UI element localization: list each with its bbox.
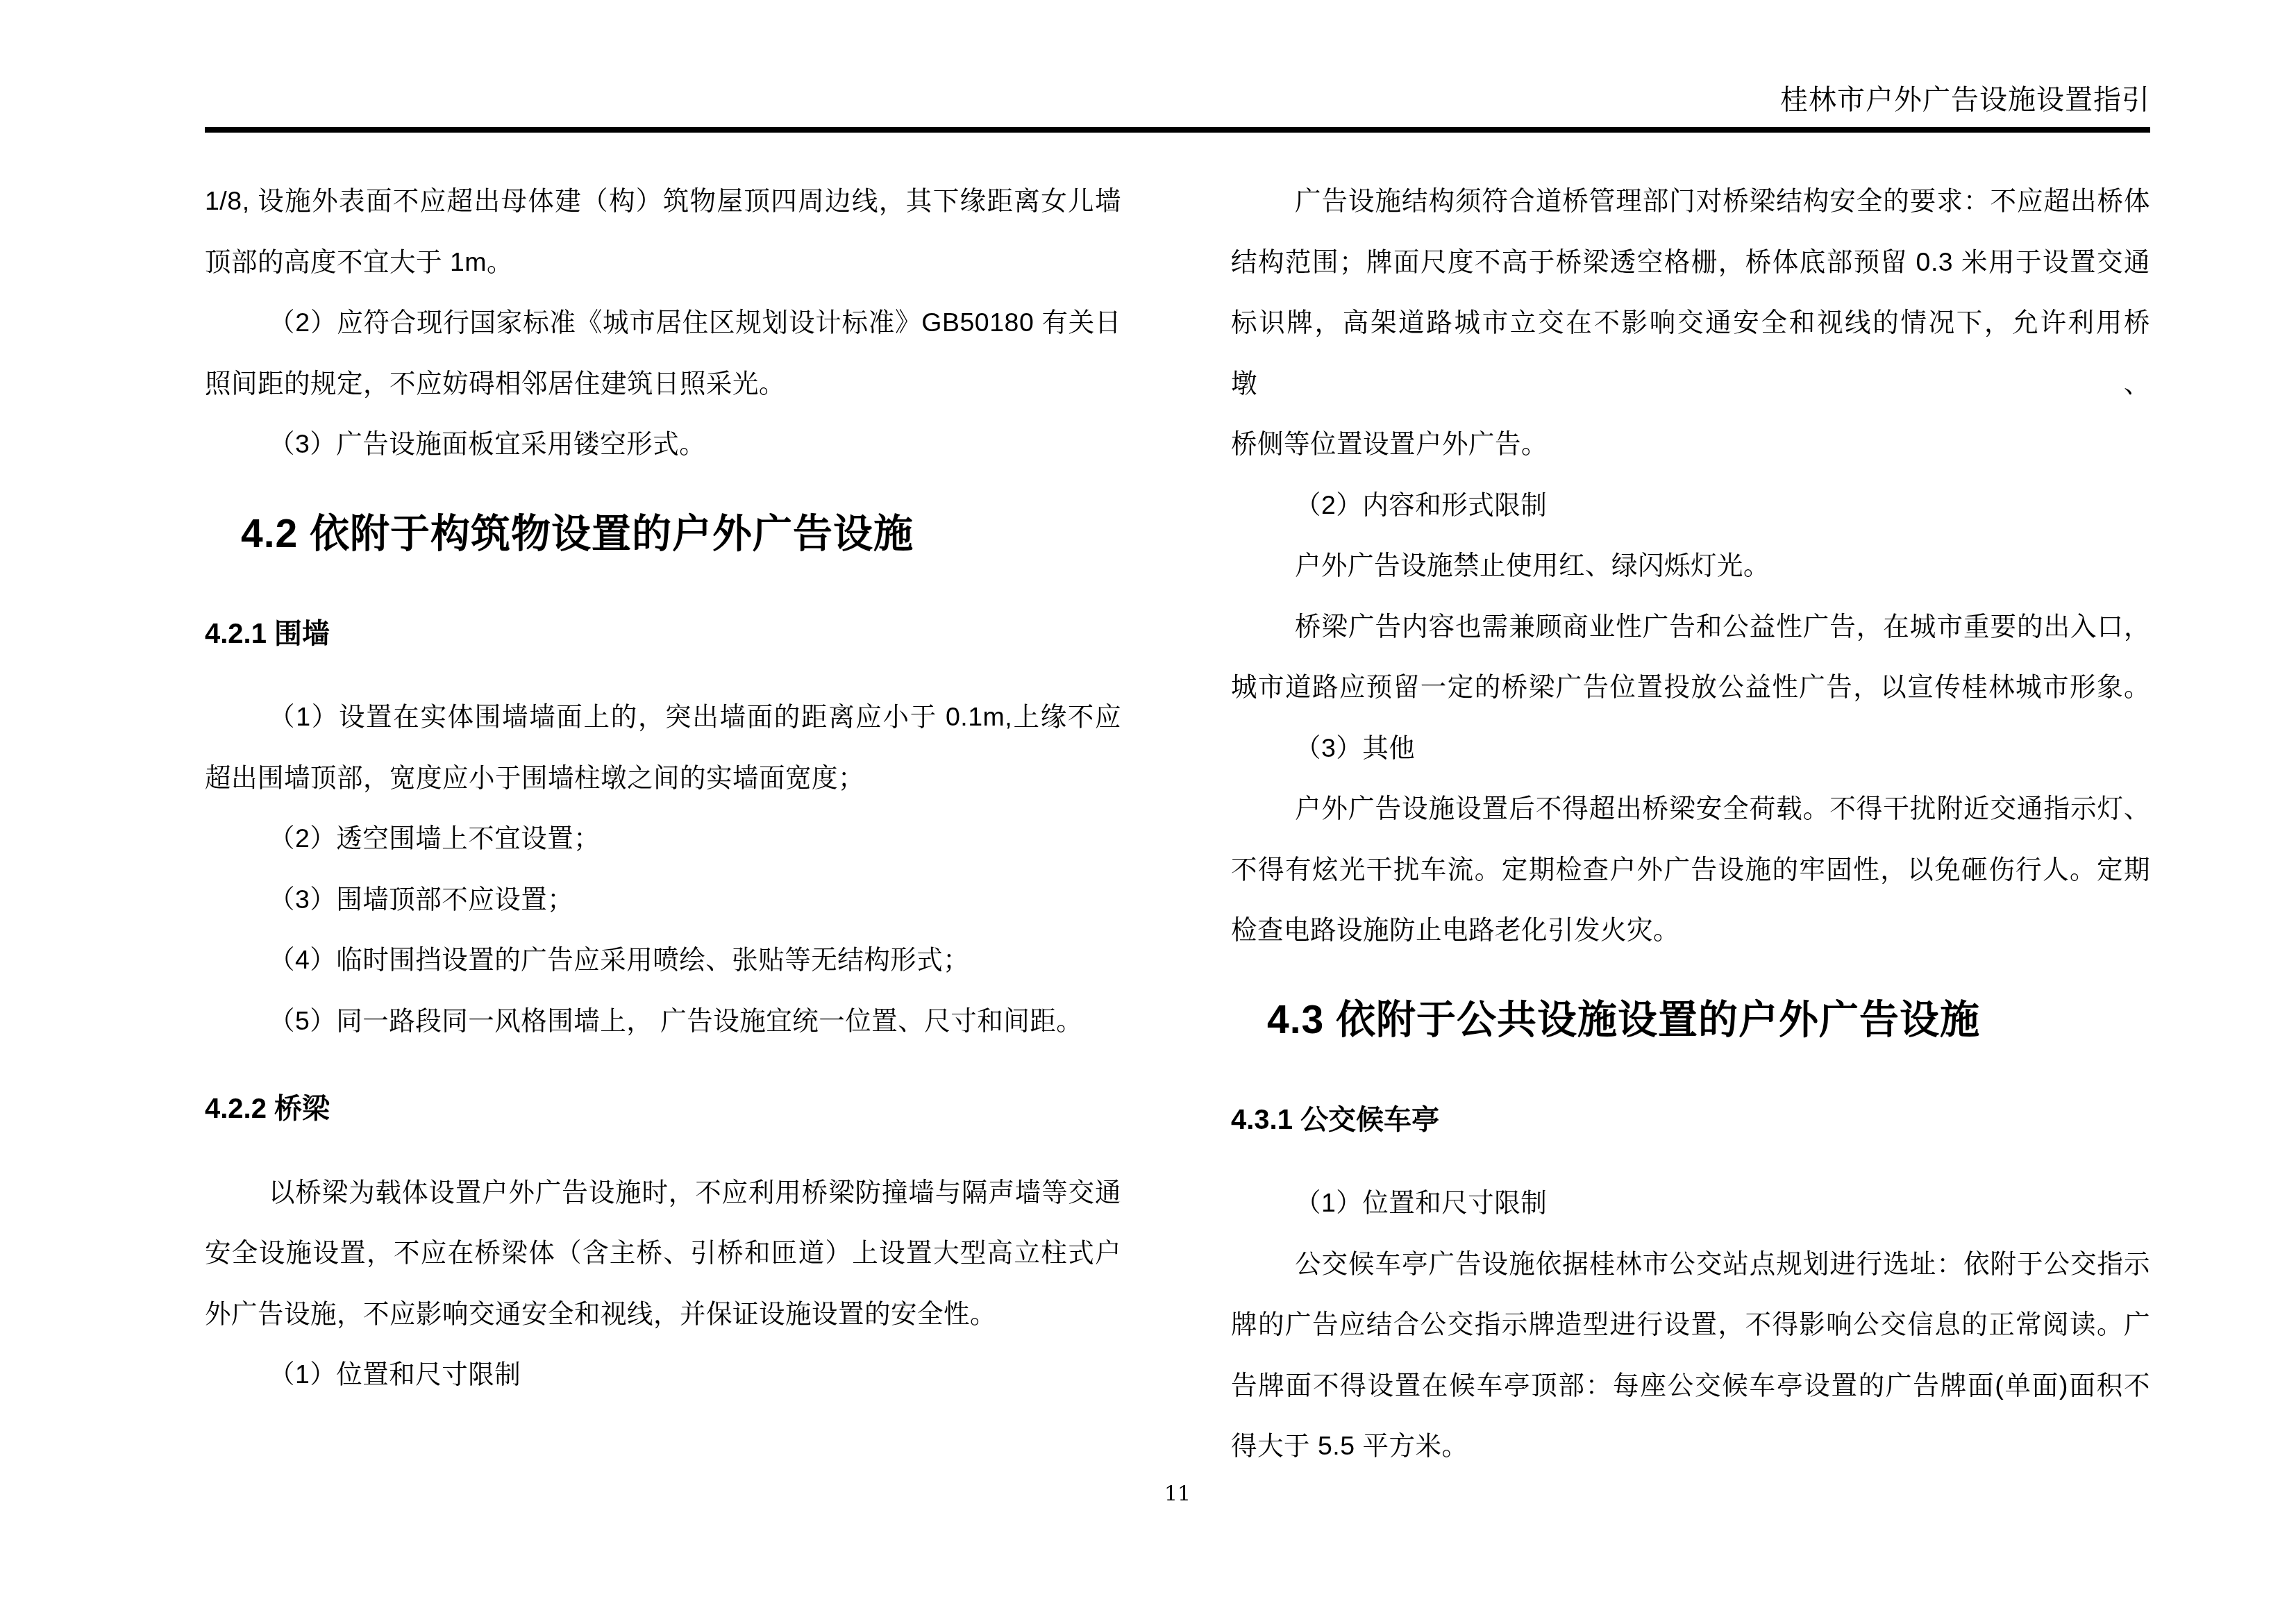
body-line: （4）临时围挡设置的广告应采用喷绘、张贴等无结构形式； — [205, 930, 1121, 991]
body-line: （1）位置和尺寸限制 — [205, 1344, 1121, 1405]
page-number: 11 — [205, 1480, 2150, 1508]
body-line: 不得有炫光干扰车流。定期检查户外广告设施的牢固性，以免砸伤行人。定期 — [1231, 839, 2150, 901]
body-line: 外广告设施，不应影响交通安全和视线，并保证设施设置的安全性。 — [205, 1284, 1121, 1345]
body-line: （1）设置在实体围墙墙面上的，突出墙面的距离应小于 0.1m,上缘不应 — [205, 687, 1121, 748]
subsection-heading-4-2-1: 4.2.1 围墙 — [205, 604, 1121, 665]
section-heading-4-2: 4.2 依附于构筑物设置的户外广告设施 — [205, 503, 1121, 565]
body-line: 1/8, 设施外表面不应超出母体建（构）筑物屋顶四周边线，其下缘距离女儿墙 — [205, 171, 1121, 232]
body-line: 广告设施结构须符合道桥管理部门对桥梁结构安全的要求：不应超出桥体 — [1231, 171, 2150, 232]
body-line: （2）透空围墙上不宜设置； — [205, 808, 1121, 869]
body-line: （2）内容和形式限制 — [1231, 475, 2150, 536]
body-line: 牌的广告应结合公交指示牌造型进行设置，不得影响公交信息的正常阅读。广 — [1231, 1294, 2150, 1355]
document-page: 桂林市户外广告设施设置指引 1/8, 设施外表面不应超出母体建（构）筑物屋顶四周… — [0, 0, 2296, 1624]
header-rule — [205, 127, 2150, 133]
section-heading-4-3: 4.3 依附于公共设施设置的户外广告设施 — [1231, 989, 2150, 1051]
body-line: （1）位置和尺寸限制 — [1231, 1173, 2150, 1234]
body-line: 顶部的高度不宜大于 1m。 — [205, 232, 1121, 293]
body-line: （3）广告设施面板宜采用镂空形式。 — [205, 414, 1121, 475]
body-line: 公交候车亭广告设施依据桂林市公交站点规划进行选址：依附于公交指示 — [1231, 1234, 2150, 1295]
body-line: （3）其他 — [1231, 718, 2150, 779]
body-line: 安全设施设置，不应在桥梁体（含主桥、引桥和匝道）上设置大型高立柱式户 — [205, 1223, 1121, 1284]
body-line: 桥侧等位置设置户外广告。 — [1231, 414, 2150, 475]
body-line: （2）应符合现行国家标准《城市居住区规划设计标准》GB50180 有关日 — [205, 292, 1121, 353]
body-line: 检查电路设施防止电路老化引发火灾。 — [1231, 900, 2150, 961]
body-line: 城市道路应预留一定的桥梁广告位置投放公益性广告，以宣传桂林城市形象。 — [1231, 657, 2150, 718]
subsection-heading-4-2-2: 4.2.2 桥梁 — [205, 1079, 1121, 1140]
body-line: 告牌面不得设置在候车亭顶部：每座公交候车亭设置的广告牌面(单面)面积不 — [1231, 1355, 2150, 1416]
body-line: 户外广告设施禁止使用红、绿闪烁灯光。 — [1231, 535, 2150, 596]
body-line: 以桥梁为载体设置户外广告设施时，不应利用桥梁防撞墙与隔声墙等交通 — [205, 1162, 1121, 1223]
body-line: （5）同一路段同一风格围墙上， 广告设施宜统一位置、尺寸和间距。 — [205, 991, 1121, 1052]
running-header: 桂林市户外广告设施设置指引 — [1780, 82, 2150, 118]
body-line: 桥梁广告内容也需兼顾商业性广告和公益性广告，在城市重要的出入口， — [1231, 596, 2150, 658]
body-line: （3）围墙顶部不应设置； — [205, 869, 1121, 930]
body-line: 结构范围；牌面尺度不高于桥梁透空格栅，桥体底部预留 0.3 米用于设置交通 — [1231, 232, 2150, 293]
body-line: 标识牌，高架道路城市立交在不影响交通安全和视线的情况下，允许利用桥墩、 — [1231, 292, 2150, 414]
body-line: 得大于 5.5 平方米。 — [1231, 1416, 2150, 1477]
subsection-heading-4-3-1: 4.3.1 公交候车亭 — [1231, 1090, 2150, 1151]
body-line: 户外广告设施设置后不得超出桥梁安全荷载。不得干扰附近交通指示灯、 — [1231, 778, 2150, 839]
right-column: 广告设施结构须符合道桥管理部门对桥梁结构安全的要求：不应超出桥体 结构范围；牌面… — [1231, 171, 2150, 1477]
body-line: 照间距的规定，不应妨碍相邻居住建筑日照采光。 — [205, 353, 1121, 415]
left-column: 1/8, 设施外表面不应超出母体建（构）筑物屋顶四周边线，其下缘距离女儿墙 顶部… — [205, 171, 1121, 1405]
body-line: 超出围墙顶部，宽度应小于围墙柱墩之间的实墙面宽度； — [205, 748, 1121, 809]
